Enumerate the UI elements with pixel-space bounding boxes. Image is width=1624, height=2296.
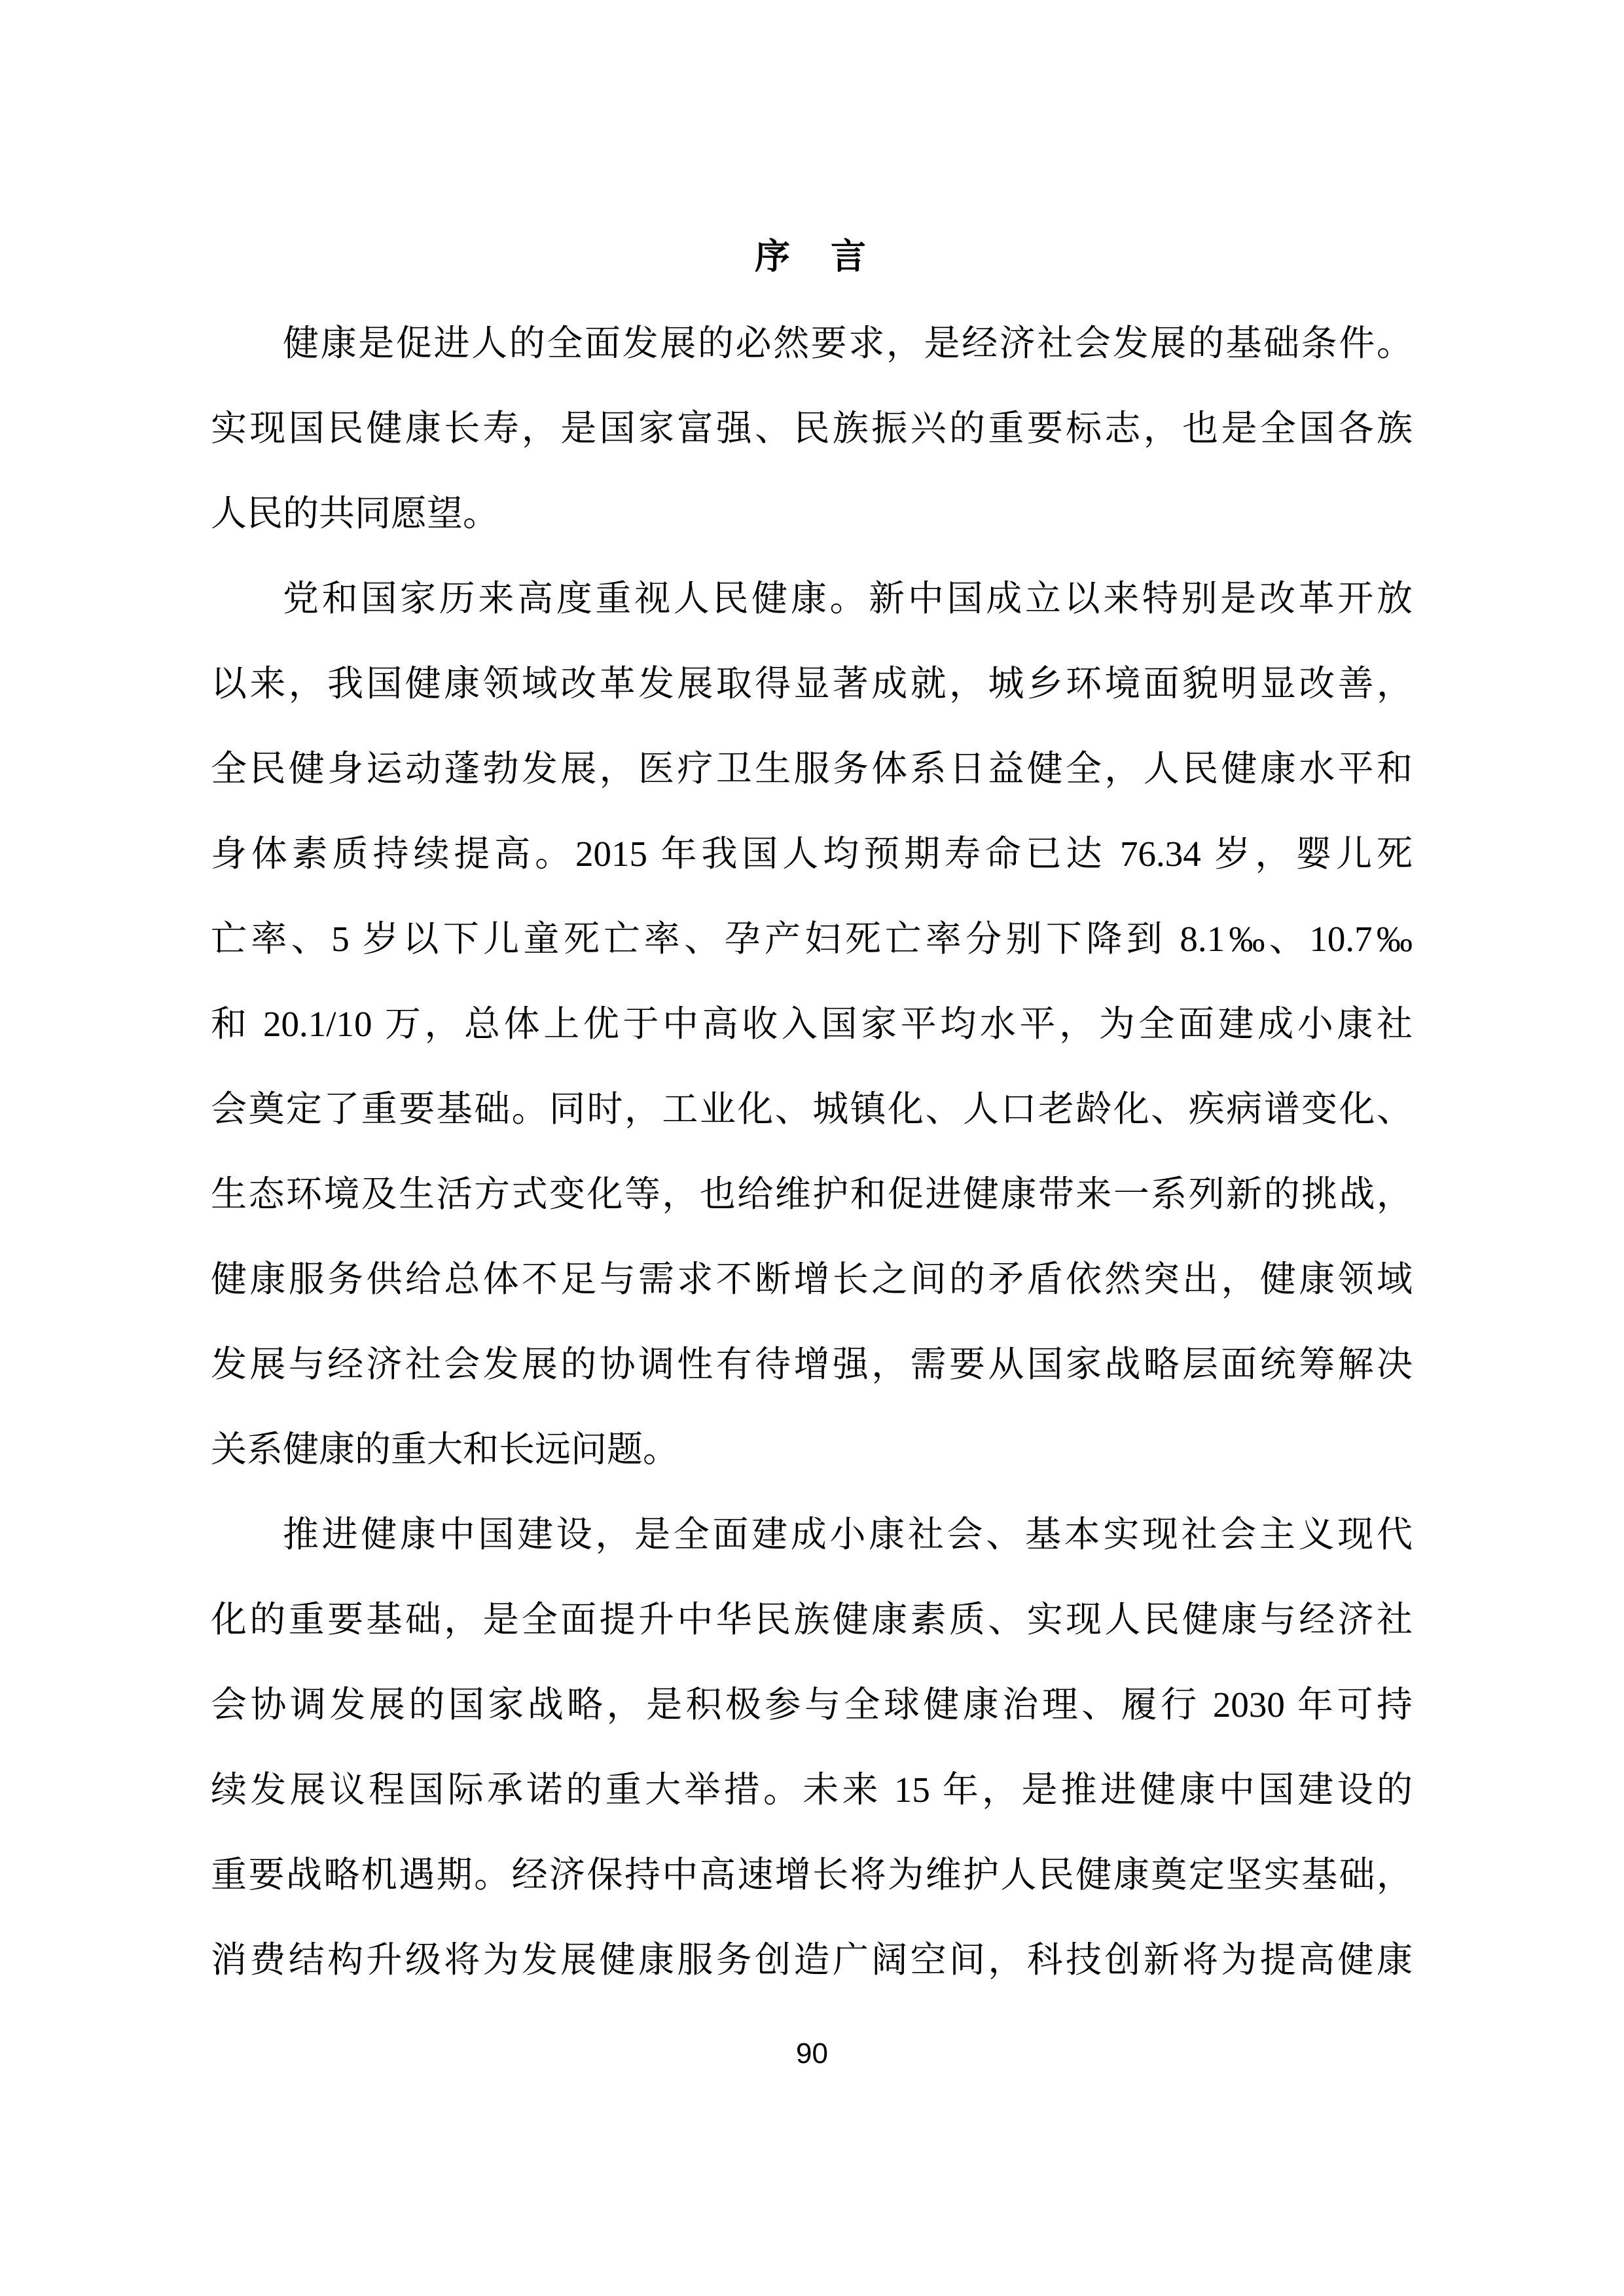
text-line: 化的重要基础，是全面提升中华民族健康素质、实现人民健康与经济社 xyxy=(211,1577,1413,1662)
text-line: 推进健康中国建设，是全面建成小康社会、基本实现社会主义现代 xyxy=(211,1492,1413,1577)
text-line: 实现国民健康长寿，是国家富强、民族振兴的重要标志，也是全国各族 xyxy=(211,386,1413,471)
text-line: 消费结构升级将为发展健康服务创造广阔空间，科技创新将为提高健康 xyxy=(211,1918,1413,2003)
text-line: 全民健身运动蓬勃发展，医疗卫生服务体系日益健全，人民健康水平和 xyxy=(211,726,1413,812)
text-line: 会协调发展的国家战略，是积极参与全球健康治理、履行 2030 年可持 xyxy=(211,1662,1413,1748)
text-line: 和 20.1/10 万，总体上优于中高收入国家平均水平，为全面建成小康社 xyxy=(211,982,1413,1067)
text-line: 发展与经济社会发展的协调性有待增强，需要从国家战略层面统筹解决 xyxy=(211,1322,1413,1407)
page-number: 90 xyxy=(0,2034,1624,2073)
text-line: 重要战略机遇期。经济保持中高速增长将为维护人民健康奠定坚实基础， xyxy=(211,1833,1413,1918)
text-line: 生态环境及生活方式变化等，也给维护和促进健康带来一系列新的挑战， xyxy=(211,1152,1413,1237)
text-line: 续发展议程国际承诺的重大举措。未来 15 年，是推进健康中国建设的 xyxy=(211,1748,1413,1833)
text-line: 会奠定了重要基础。同时，工业化、城镇化、人口老龄化、疾病谱变化、 xyxy=(211,1067,1413,1152)
text-line: 身体素质持续提高。2015 年我国人均预期寿命已达 76.34 岁，婴儿死 xyxy=(211,812,1413,897)
text-line: 健康服务供给总体不足与需求不断增长之间的矛盾依然突出，健康领域 xyxy=(211,1237,1413,1322)
text-line: 党和国家历来高度重视人民健康。新中国成立以来特别是改革开放 xyxy=(211,556,1413,641)
text-line: 亡率、5 岁以下儿童死亡率、孕产妇死亡率分别下降到 8.1‰、10.7‰ xyxy=(211,897,1413,982)
document-page: 序 言 健康是促进人的全面发展的必然要求，是经济社会发展的基础条件。 实现国民健… xyxy=(0,0,1624,2296)
text-line: 健康是促进人的全面发展的必然要求，是经济社会发展的基础条件。 xyxy=(211,301,1413,386)
text-line: 关系健康的重大和长远问题。 xyxy=(211,1407,1413,1492)
document-body: 健康是促进人的全面发展的必然要求，是经济社会发展的基础条件。 实现国民健康长寿，… xyxy=(211,301,1413,2003)
page-title: 序 言 xyxy=(211,230,1413,283)
text-line: 以来，我国健康领域改革发展取得显著成就，城乡环境面貌明显改善， xyxy=(211,641,1413,726)
text-line: 人民的共同愿望。 xyxy=(211,471,1413,556)
